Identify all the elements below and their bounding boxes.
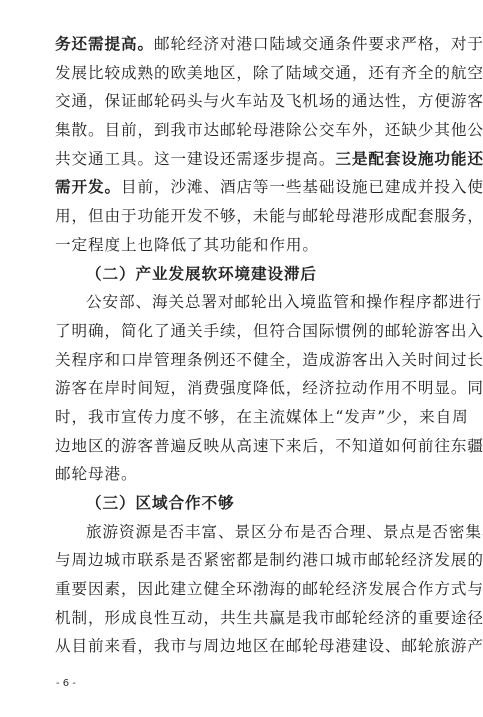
text-line: 集散。目前，到我市达邮轮母港除公交车外，还缺少其他公 (55, 116, 435, 145)
body-text: 务还需提高。邮轮经济对港口陆域交通条件要求严格，对于 发展比较成熟的欧美地区，除… (55, 30, 435, 661)
text-line: 旅游资源是否丰富、景区分布是否合理、景点是否密集、 (55, 518, 435, 547)
text-span: 邮轮经济对港口陆域交通条件要求严格，对于 (154, 35, 483, 53)
text-line: 邮轮母港。 (55, 460, 435, 489)
text-line: 关程序和口岸管理条例还不健全，造成游客出入关时间过长、 (55, 346, 435, 375)
bold-phrase: 务还需提高。 (55, 34, 154, 53)
bold-phrase: 需开发。 (55, 177, 121, 196)
text-line: 边地区的游客普遍反映从高速下来后，不知道如何前往东疆 (55, 432, 435, 461)
text-line: 了明确，简化了通关手续，但符合国际惯例的邮轮游客出入 (55, 317, 435, 346)
text-line: 共交通工具。这一建设还需逐步提高。三是配套设施功能还 (55, 145, 435, 174)
text-line: 从目前来看，我市与周边地区在邮轮母港建设、邮轮旅游产 (55, 632, 435, 661)
text-span: 共交通工具。这一建设还需逐步提高。 (55, 150, 335, 168)
text-line: 与周边城市联系是否紧密都是制约港口城市邮轮经济发展的 (55, 546, 435, 575)
text-line: 时，我市宣传力度不够，在主流媒体上“发声”少，来自周 (55, 403, 435, 432)
section-heading-3: （三）区域合作不够 (55, 489, 435, 518)
page-number: - 6 - (56, 678, 76, 689)
text-line: 需开发。目前，沙滩、酒店等一些基础设施已建成并投入使 (55, 173, 435, 202)
text-line: 机制，形成良性互动，共生共赢是我市邮轮经济的重要途径。 (55, 604, 435, 633)
text-line: 务还需提高。邮轮经济对港口陆域交通条件要求严格，对于 (55, 30, 435, 59)
text-line: 公安部、海关总署对邮轮出入境监管和操作程序都进行 (55, 288, 435, 317)
text-line: 用，但由于功能开发不够，未能与邮轮母港形成配套服务， (55, 202, 435, 231)
text-line: 游客在岸时间短，消费强度降低，经济拉动作用不明显。同 (55, 374, 435, 403)
text-line: 一定程度上也降低了其功能和作用。 (55, 231, 435, 260)
section-heading-2: （二）产业发展软环境建设滞后 (55, 260, 435, 289)
text-span: 目前，沙滩、酒店等一些基础设施已建成并投入使 (121, 178, 483, 196)
document-page: 务还需提高。邮轮经济对港口陆域交通条件要求严格，对于 发展比较成熟的欧美地区，除… (0, 0, 483, 717)
text-line: 重要因素，因此建立健全环渤海的邮轮经济发展合作方式与 (55, 575, 435, 604)
text-line: 交通，保证邮轮码头与火车站及飞机场的通达性，方便游客 (55, 87, 435, 116)
text-line: 发展比较成熟的欧美地区，除了陆域交通，还有齐全的航空 (55, 59, 435, 88)
bold-phrase: 三是配套设施功能还 (335, 149, 483, 168)
